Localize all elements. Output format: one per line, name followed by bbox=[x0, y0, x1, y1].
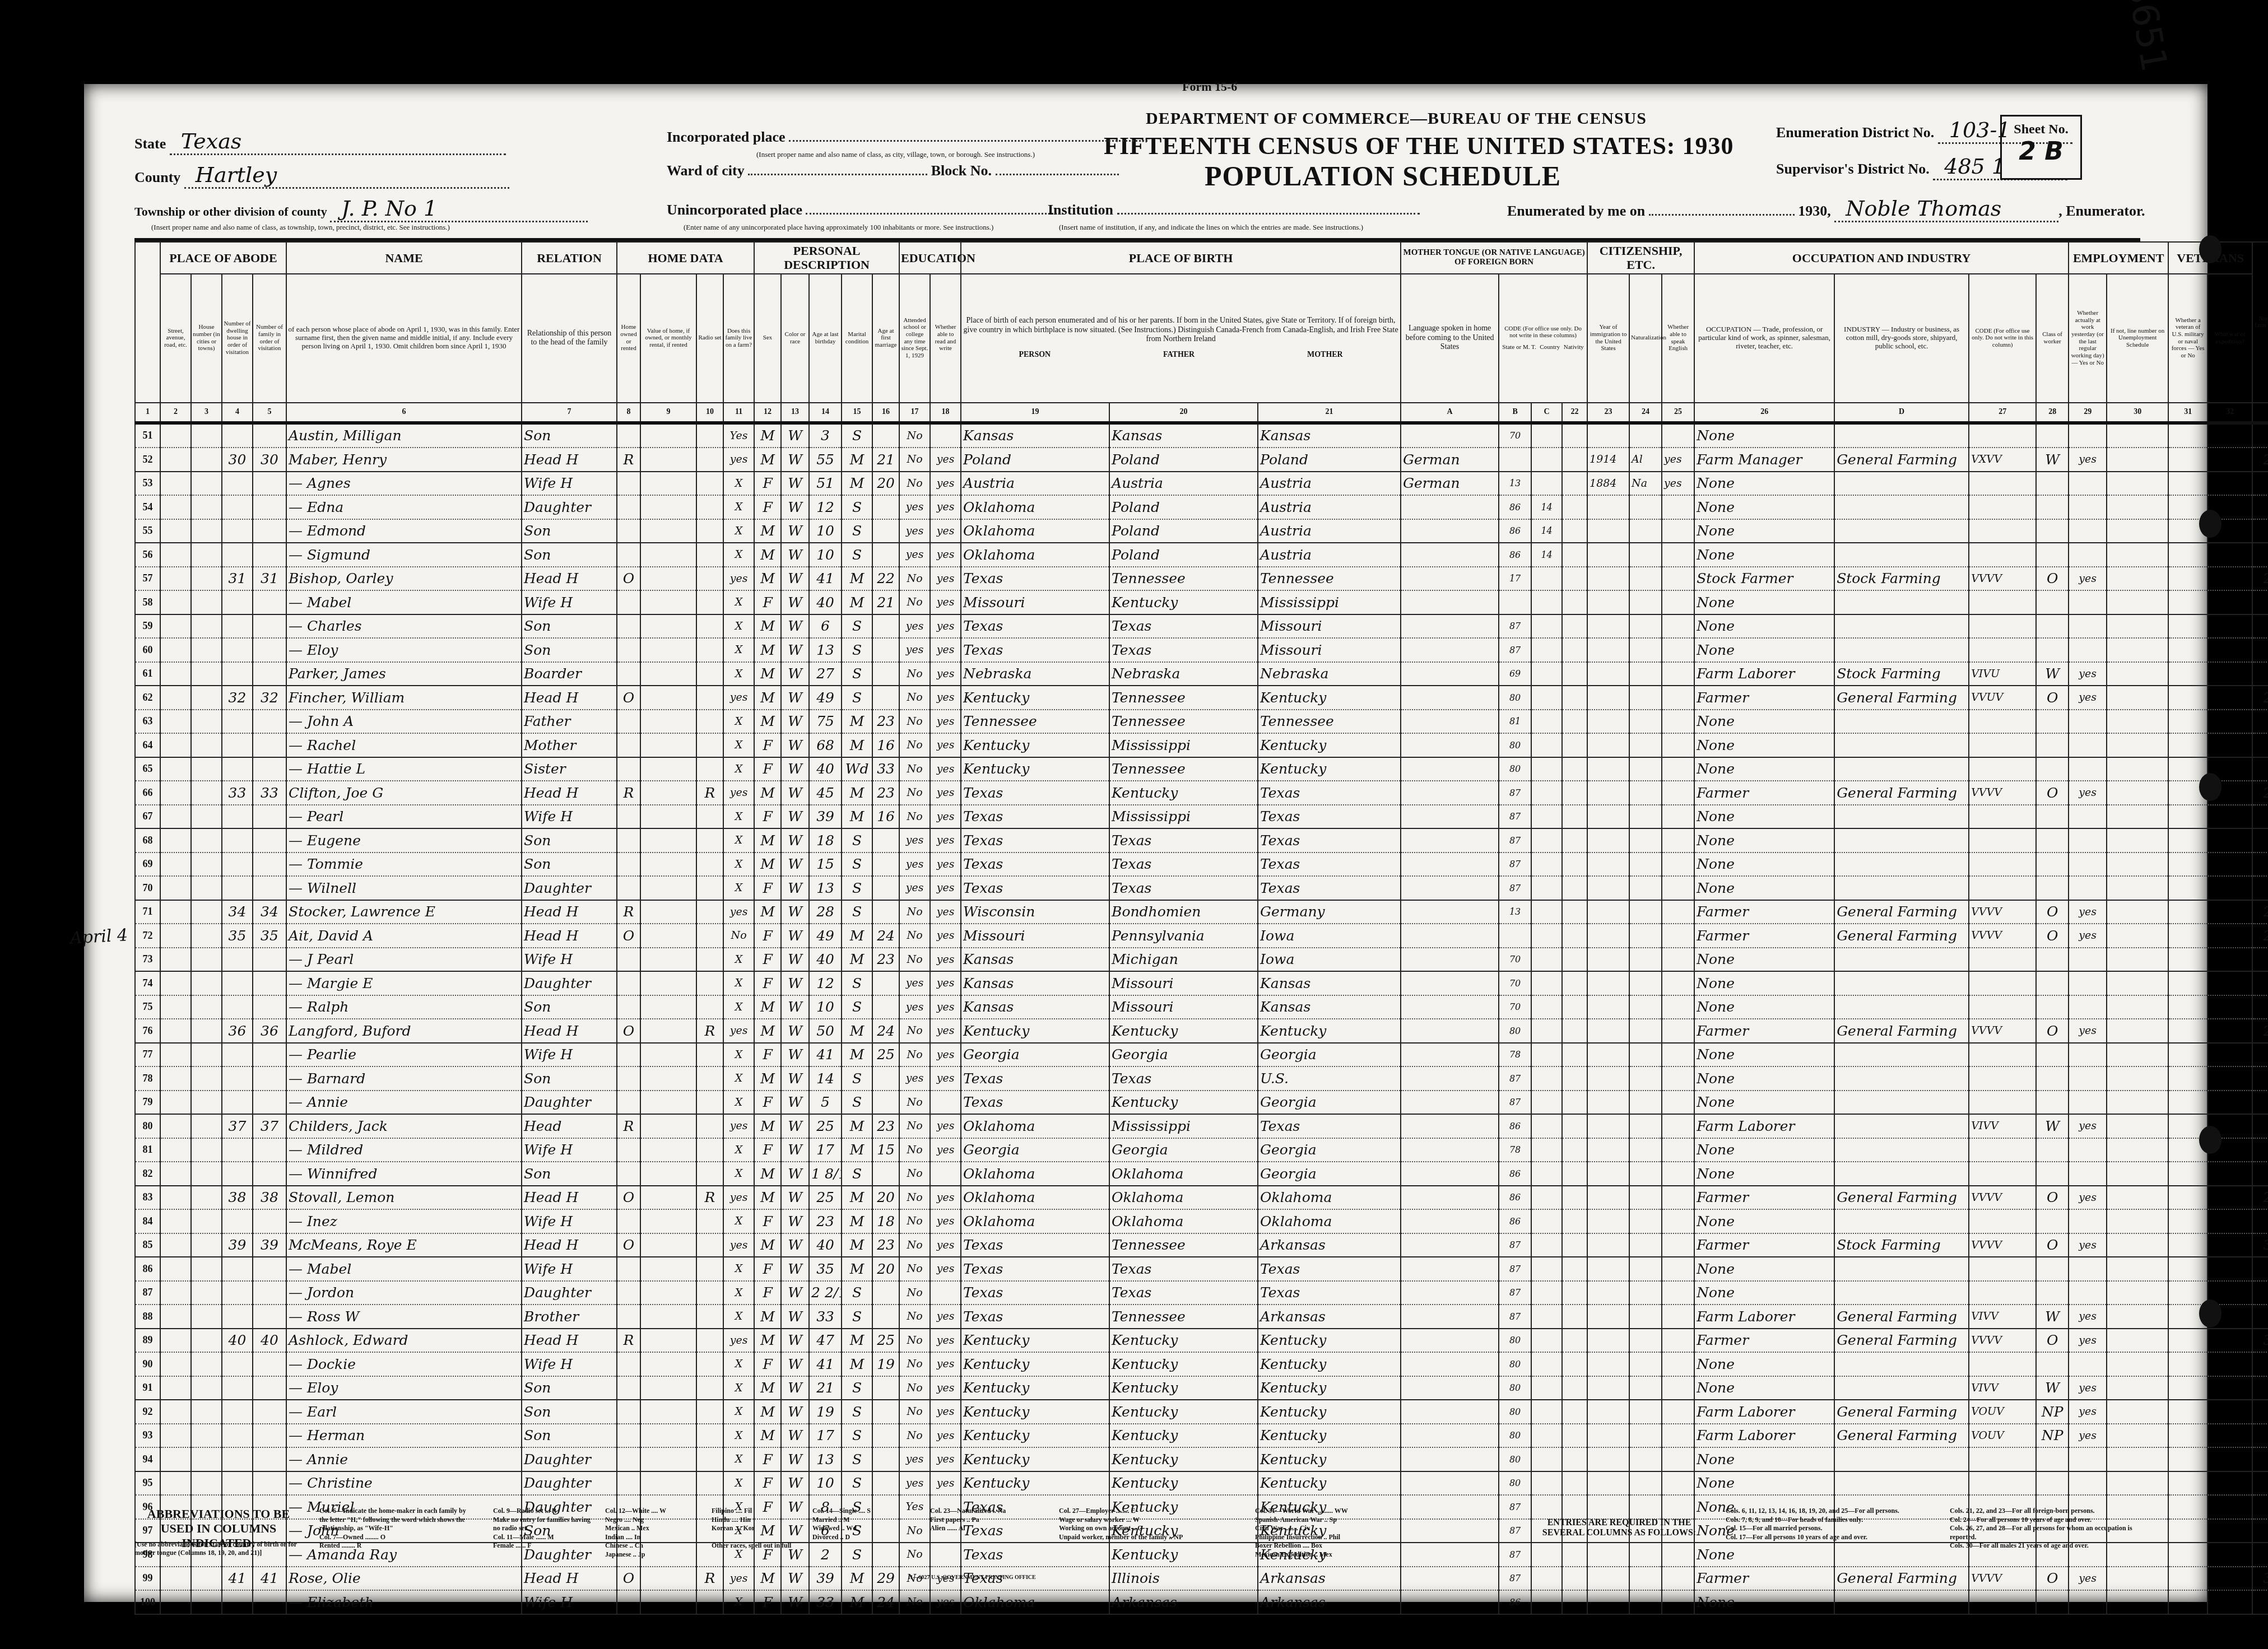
class-of-worker-cell bbox=[2036, 1091, 2069, 1115]
age-cell: 6 bbox=[809, 614, 842, 639]
code-state-cell: 87 bbox=[1499, 1257, 1531, 1281]
war-cell bbox=[2207, 1162, 2252, 1186]
house-cell bbox=[191, 1138, 222, 1162]
dwelling-number-cell bbox=[222, 1424, 253, 1448]
relationship-cell: Son bbox=[522, 614, 617, 639]
line-number: 88 bbox=[135, 1305, 160, 1329]
person-name-cell: Fincher, William bbox=[286, 686, 522, 710]
read-write-cell: yes bbox=[930, 948, 961, 972]
farm-residence-cell: yes bbox=[723, 686, 754, 710]
township-field: Township or other division of county J. … bbox=[134, 196, 588, 222]
mother-tongue-cell bbox=[1401, 1019, 1499, 1043]
home-value-cell bbox=[640, 900, 696, 924]
dwelling-number-cell bbox=[222, 1091, 253, 1115]
at-work-cell bbox=[2069, 1447, 2107, 1471]
industry-code-cell: VVVV bbox=[1969, 1186, 2036, 1210]
institution-note: (Insert name of institution, if any, and… bbox=[1059, 223, 1363, 232]
marital-status-cell: S bbox=[842, 1281, 872, 1305]
age-at-marriage-cell bbox=[872, 1281, 899, 1305]
radio-set-cell bbox=[696, 995, 723, 1019]
home-tenure-cell bbox=[617, 1043, 640, 1067]
birthplace-person-cell: Poland bbox=[961, 448, 1109, 472]
farm-schedule-cell bbox=[2252, 1424, 2268, 1448]
industry-cell bbox=[1834, 423, 1969, 448]
birthplace-father-cell: Kentucky bbox=[1109, 1424, 1258, 1448]
radio-set-cell bbox=[696, 638, 723, 662]
industry-cell: General Farming bbox=[1834, 924, 1969, 948]
birthplace-father-cell: Texas bbox=[1109, 638, 1258, 662]
industry-code-cell bbox=[1969, 1471, 2036, 1496]
person-name-cell: — Edna bbox=[286, 495, 522, 519]
column-number: 20 bbox=[1109, 403, 1258, 423]
code-country-cell bbox=[1531, 805, 1562, 829]
table-row: 663333Clifton, Joe GHead HRRyesMW45M23No… bbox=[135, 781, 2268, 805]
street-cell bbox=[160, 1352, 191, 1376]
school-attendance-cell: No bbox=[899, 1281, 930, 1305]
read-write-cell: yes bbox=[930, 662, 961, 686]
at-work-cell: yes bbox=[2069, 1233, 2107, 1257]
at-work-cell: yes bbox=[2069, 1567, 2107, 1591]
age-cell: 19 bbox=[809, 1400, 842, 1424]
class-of-worker-cell: O bbox=[2036, 924, 2069, 948]
relationship-cell: Son bbox=[522, 1376, 617, 1400]
industry-cell: Stock Farming bbox=[1834, 567, 1969, 591]
radio-set-cell bbox=[696, 1257, 723, 1281]
person-name-cell: — Inez bbox=[286, 1209, 522, 1233]
birthplace-father-cell: Georgia bbox=[1109, 1138, 1258, 1162]
person-name-cell: — Tommie bbox=[286, 853, 522, 877]
table-row: 90— DockieWife HXFW41M19NoyesKentuckyKen… bbox=[135, 1352, 2268, 1376]
race-cell: W bbox=[781, 1043, 809, 1067]
code-state-cell: 70 bbox=[1499, 971, 1531, 995]
birthplace-person-cell: Oklahoma bbox=[961, 1186, 1109, 1210]
read-write-cell: yes bbox=[930, 448, 961, 472]
code-nativity-cell bbox=[1562, 1376, 1587, 1400]
war-cell bbox=[2207, 543, 2252, 567]
race-cell: W bbox=[781, 567, 809, 591]
occupation-cell: Farm Laborer bbox=[1694, 662, 1834, 686]
class-of-worker-cell bbox=[2036, 971, 2069, 995]
mother-tongue-cell bbox=[1401, 1091, 1499, 1115]
house-cell bbox=[191, 590, 222, 614]
street-cell bbox=[160, 1233, 191, 1257]
race-cell: W bbox=[781, 472, 809, 496]
street-cell bbox=[160, 900, 191, 924]
radio-set-cell bbox=[696, 1066, 723, 1091]
age-at-marriage-cell: 25 bbox=[872, 1043, 899, 1067]
at-work-cell: yes bbox=[2069, 662, 2107, 686]
house-cell bbox=[191, 853, 222, 877]
code-nativity-cell bbox=[1562, 924, 1587, 948]
line-number: 81 bbox=[135, 1138, 160, 1162]
read-write-cell bbox=[930, 1162, 961, 1186]
code-nativity-cell bbox=[1562, 567, 1587, 591]
farm-residence-cell: X bbox=[723, 1066, 754, 1091]
age-cell: 75 bbox=[809, 710, 842, 734]
street-cell bbox=[160, 1400, 191, 1424]
marital-status-cell: S bbox=[842, 853, 872, 877]
dwelling-number-cell bbox=[222, 828, 253, 853]
home-value-cell bbox=[640, 781, 696, 805]
dwelling-number-cell bbox=[222, 638, 253, 662]
street-cell bbox=[160, 1138, 191, 1162]
house-cell bbox=[191, 971, 222, 995]
industry-code-cell: VVVV bbox=[1969, 1329, 2036, 1353]
class-of-worker-cell: O bbox=[2036, 1329, 2069, 1353]
occupation-cell: None bbox=[1694, 472, 1834, 496]
column-number: 22 bbox=[1562, 403, 1587, 423]
naturalization-cell bbox=[1629, 567, 1662, 591]
code-country-cell: 14 bbox=[1531, 519, 1562, 543]
immigration-year-cell bbox=[1587, 614, 1629, 639]
code-nativity-cell bbox=[1562, 995, 1587, 1019]
birthplace-father-cell: Pennsylvania bbox=[1109, 924, 1258, 948]
age-cell: 40 bbox=[809, 757, 842, 781]
class-of-worker-cell bbox=[2036, 1138, 2069, 1162]
home-tenure-cell bbox=[617, 710, 640, 734]
table-row: 81— MildredWife HXFW17M15NoyesGeorgiaGeo… bbox=[135, 1138, 2268, 1162]
radio-set-cell bbox=[696, 448, 723, 472]
age-cell: 47 bbox=[809, 1329, 842, 1353]
person-name-cell: Ait, David A bbox=[286, 924, 522, 948]
naturalization-cell bbox=[1629, 995, 1662, 1019]
family-number-cell bbox=[253, 1209, 286, 1233]
person-name-cell: — Annie bbox=[286, 1091, 522, 1115]
naturalization-cell: Al bbox=[1629, 448, 1662, 472]
naturalization-cell bbox=[1629, 1209, 1662, 1233]
occupation-cell: Farmer bbox=[1694, 1329, 1834, 1353]
age-cell: 3 bbox=[809, 423, 842, 448]
veteran-cell bbox=[2168, 733, 2207, 757]
code-country-cell bbox=[1531, 1495, 1562, 1519]
read-write-cell: yes bbox=[930, 1043, 961, 1067]
code-country-cell bbox=[1531, 1233, 1562, 1257]
home-tenure-cell bbox=[617, 1424, 640, 1448]
race-cell: W bbox=[781, 1209, 809, 1233]
mother-tongue-cell bbox=[1401, 1447, 1499, 1471]
class-of-worker-cell bbox=[2036, 995, 2069, 1019]
class-of-worker-cell bbox=[2036, 948, 2069, 972]
code-country-cell bbox=[1531, 1066, 1562, 1091]
read-write-cell: yes bbox=[930, 1257, 961, 1281]
industry-code-cell: VVVV bbox=[1969, 567, 2036, 591]
age-cell: 13 bbox=[809, 876, 842, 900]
birthplace-mother-cell: Arkansas bbox=[1258, 1590, 1401, 1614]
race-cell: W bbox=[781, 1162, 809, 1186]
speaks-english-cell bbox=[1662, 805, 1694, 829]
immigration-year-cell bbox=[1587, 1567, 1629, 1591]
veteran-cell bbox=[2168, 1471, 2207, 1496]
code-country-cell bbox=[1531, 1281, 1562, 1305]
marital-status-cell: S bbox=[842, 423, 872, 448]
birthplace-person-cell: Nebraska bbox=[961, 662, 1109, 686]
industry-code-cell bbox=[1969, 948, 2036, 972]
age-at-marriage-cell: 23 bbox=[872, 1233, 899, 1257]
veteran-cell bbox=[2168, 1424, 2207, 1448]
age-cell: 27 bbox=[809, 662, 842, 686]
home-tenure-cell bbox=[617, 1209, 640, 1233]
naturalization-cell bbox=[1629, 1376, 1662, 1400]
person-name-cell: Stovall, Lemon bbox=[286, 1186, 522, 1210]
family-number-cell bbox=[253, 995, 286, 1019]
speaks-english-cell bbox=[1662, 995, 1694, 1019]
naturalization-cell bbox=[1629, 805, 1662, 829]
code-nativity-cell bbox=[1562, 1590, 1587, 1614]
birthplace-person-cell: Texas bbox=[961, 828, 1109, 853]
at-work-cell bbox=[2069, 948, 2107, 972]
code-country-cell bbox=[1531, 995, 1562, 1019]
farm-schedule-cell bbox=[2252, 995, 2268, 1019]
farm-residence-cell: X bbox=[723, 828, 754, 853]
radio-set-cell bbox=[696, 1209, 723, 1233]
relationship-cell: Wife H bbox=[522, 1590, 617, 1614]
unemployment-line-cell bbox=[2107, 423, 2168, 448]
at-work-cell bbox=[2069, 757, 2107, 781]
veteran-cell bbox=[2168, 924, 2207, 948]
birthplace-person-cell: Kansas bbox=[961, 423, 1109, 448]
table-row: 59— CharlesSonXMW6SyesyesTexasTexasMisso… bbox=[135, 614, 2268, 639]
farm-schedule-cell bbox=[2252, 971, 2268, 995]
sex-cell: M bbox=[754, 828, 781, 853]
read-write-cell: yes bbox=[930, 590, 961, 614]
code-state-cell: 87 bbox=[1499, 805, 1531, 829]
naturalization-cell bbox=[1629, 614, 1662, 639]
unemployment-line-cell bbox=[2107, 495, 2168, 519]
birthplace-mother-cell: Austria bbox=[1258, 495, 1401, 519]
birthplace-mother-cell: Georgia bbox=[1258, 1043, 1401, 1067]
code-country-cell bbox=[1531, 1590, 1562, 1614]
immigration-year-cell bbox=[1587, 853, 1629, 877]
industry-cell bbox=[1834, 1590, 1969, 1614]
code-state-cell: 80 bbox=[1499, 1424, 1531, 1448]
home-tenure-cell bbox=[617, 1091, 640, 1115]
house-cell bbox=[191, 1329, 222, 1353]
speaks-english-cell bbox=[1662, 1091, 1694, 1115]
farm-residence-cell: yes bbox=[723, 1186, 754, 1210]
dwelling-number-cell bbox=[222, 1257, 253, 1281]
school-attendance-cell: No bbox=[899, 924, 930, 948]
birthplace-father-cell: Kentucky bbox=[1109, 781, 1258, 805]
family-number-cell bbox=[253, 876, 286, 900]
birthplace-father-cell: Mississippi bbox=[1109, 1114, 1258, 1138]
speaks-english-cell bbox=[1662, 733, 1694, 757]
family-number-cell bbox=[253, 1281, 286, 1305]
age-at-marriage-cell: 24 bbox=[872, 924, 899, 948]
immigration-year-cell bbox=[1587, 662, 1629, 686]
war-cell bbox=[2207, 995, 2252, 1019]
code-nativity-cell bbox=[1562, 495, 1587, 519]
column-number: 31 bbox=[2168, 403, 2207, 423]
mother-tongue-cell bbox=[1401, 1186, 1499, 1210]
age-at-marriage-cell bbox=[872, 495, 899, 519]
line-number: 78 bbox=[135, 1066, 160, 1091]
home-value-cell bbox=[640, 1471, 696, 1496]
farm-schedule-cell bbox=[2252, 805, 2268, 829]
veteran-cell bbox=[2168, 1376, 2207, 1400]
race-cell: W bbox=[781, 710, 809, 734]
sex-cell: M bbox=[754, 567, 781, 591]
sex-cell: M bbox=[754, 662, 781, 686]
industry-code-cell: VOUV bbox=[1969, 1400, 2036, 1424]
birthplace-mother-cell: Kentucky bbox=[1258, 733, 1401, 757]
naturalization-cell bbox=[1629, 1091, 1662, 1115]
code-nativity-cell bbox=[1562, 710, 1587, 734]
family-number-cell bbox=[253, 472, 286, 496]
code-nativity-cell bbox=[1562, 1257, 1587, 1281]
line-number: 51 bbox=[135, 423, 160, 448]
occupation-cell: None bbox=[1694, 876, 1834, 900]
person-name-cell: Bishop, Oarley bbox=[286, 567, 522, 591]
home-tenure-cell: R bbox=[617, 1329, 640, 1353]
street-cell bbox=[160, 686, 191, 710]
mother-tongue-cell bbox=[1401, 1305, 1499, 1329]
radio-set-cell bbox=[696, 567, 723, 591]
code-nativity-cell bbox=[1562, 805, 1587, 829]
unemployment-line-cell bbox=[2107, 1376, 2168, 1400]
occupation-cell: None bbox=[1694, 1066, 1834, 1091]
relationship-cell: Wife H bbox=[522, 805, 617, 829]
column-number: 32 bbox=[2207, 403, 2252, 423]
speaks-english-cell bbox=[1662, 519, 1694, 543]
birthplace-mother-cell: Texas bbox=[1258, 1257, 1401, 1281]
occupation-cell: None bbox=[1694, 614, 1834, 639]
table-row: 61Parker, JamesBoarderXMW27SNoyesNebrask… bbox=[135, 662, 2268, 686]
age-cell: 45 bbox=[809, 781, 842, 805]
family-number-cell: 37 bbox=[253, 1114, 286, 1138]
person-name-cell: Parker, James bbox=[286, 662, 522, 686]
speaks-english-cell bbox=[1662, 686, 1694, 710]
radio-set-cell bbox=[696, 1376, 723, 1400]
age-at-marriage-cell bbox=[872, 423, 899, 448]
occupation-cell: None bbox=[1694, 423, 1834, 448]
war-cell bbox=[2207, 472, 2252, 496]
race-cell: W bbox=[781, 900, 809, 924]
farm-residence-cell: X bbox=[723, 733, 754, 757]
house-cell bbox=[191, 757, 222, 781]
industry-code-cell bbox=[1969, 995, 2036, 1019]
home-tenure-cell bbox=[617, 1257, 640, 1281]
veteran-cell bbox=[2168, 1019, 2207, 1043]
code-state-cell: 80 bbox=[1499, 1352, 1531, 1376]
marital-status-cell: S bbox=[842, 900, 872, 924]
home-tenure-cell bbox=[617, 1352, 640, 1376]
unemployment-line-cell bbox=[2107, 971, 2168, 995]
radio-set-cell bbox=[696, 1590, 723, 1614]
read-write-cell: yes bbox=[930, 900, 961, 924]
code-nativity-cell bbox=[1562, 638, 1587, 662]
dwelling-number-cell: 38 bbox=[222, 1186, 253, 1210]
house-cell bbox=[191, 995, 222, 1019]
school-attendance-cell: No bbox=[899, 733, 930, 757]
age-cell: 41 bbox=[809, 1352, 842, 1376]
immigration-year-cell bbox=[1587, 1543, 1629, 1567]
class-of-worker-cell bbox=[2036, 876, 2069, 900]
dwelling-number-cell bbox=[222, 1043, 253, 1067]
code-nativity-cell bbox=[1562, 853, 1587, 877]
birthplace-person-cell: Texas bbox=[961, 638, 1109, 662]
read-write-cell: yes bbox=[930, 757, 961, 781]
relationship-cell: Son bbox=[522, 423, 617, 448]
immigration-year-cell bbox=[1587, 543, 1629, 567]
home-tenure-cell bbox=[617, 1471, 640, 1496]
home-value-cell bbox=[640, 995, 696, 1019]
birthplace-mother-cell: Kentucky bbox=[1258, 1352, 1401, 1376]
person-name-cell: — Mildred bbox=[286, 1138, 522, 1162]
unemployment-line-cell bbox=[2107, 1257, 2168, 1281]
class-of-worker-cell bbox=[2036, 1257, 2069, 1281]
farm-schedule-cell bbox=[2252, 1257, 2268, 1281]
naturalization-cell bbox=[1629, 1233, 1662, 1257]
immigration-year-cell bbox=[1587, 1114, 1629, 1138]
speaks-english-cell bbox=[1662, 1186, 1694, 1210]
war-cell bbox=[2207, 805, 2252, 829]
dwelling-number-cell bbox=[222, 1281, 253, 1305]
code-country-cell bbox=[1531, 590, 1562, 614]
war-cell bbox=[2207, 1233, 2252, 1257]
dwelling-number-cell: 40 bbox=[222, 1329, 253, 1353]
code-country-cell bbox=[1531, 1019, 1562, 1043]
farm-schedule-cell: 23 bbox=[2252, 567, 2268, 591]
home-tenure-cell: R bbox=[617, 900, 640, 924]
read-write-cell: yes bbox=[930, 710, 961, 734]
relationship-cell: Daughter bbox=[522, 876, 617, 900]
birthplace-mother-cell: Oklahoma bbox=[1258, 1209, 1401, 1233]
industry-code-cell bbox=[1969, 805, 2036, 829]
occupation-cell: Farmer bbox=[1694, 924, 1834, 948]
sex-cell: F bbox=[754, 1352, 781, 1376]
class-of-worker-cell: O bbox=[2036, 686, 2069, 710]
marital-status-cell: S bbox=[842, 876, 872, 900]
code-state-cell: 86 bbox=[1499, 1590, 1531, 1614]
column-number: 10 bbox=[696, 403, 723, 423]
age-cell: 10 bbox=[809, 995, 842, 1019]
table-row: 994141Rose, OlieHead HORyesMW39M29NoyesT… bbox=[135, 1567, 2268, 1591]
dwelling-number-cell bbox=[222, 1305, 253, 1329]
person-name-cell: — Dockie bbox=[286, 1352, 522, 1376]
race-cell: W bbox=[781, 924, 809, 948]
code-state-cell: 87 bbox=[1499, 1543, 1531, 1567]
class-of-worker-cell bbox=[2036, 853, 2069, 877]
sex-cell: M bbox=[754, 710, 781, 734]
at-work-cell: yes bbox=[2069, 924, 2107, 948]
sex-cell: M bbox=[754, 1329, 781, 1353]
home-tenure-cell bbox=[617, 757, 640, 781]
department-heading: DEPARTMENT OF COMMERCE—BUREAU OF THE CEN… bbox=[1146, 109, 1647, 128]
table-row: 79— AnnieDaughterXFW5SNoTexasKentuckyGeo… bbox=[135, 1091, 2268, 1115]
industry-code-cell bbox=[1969, 472, 2036, 496]
naturalization-cell bbox=[1629, 971, 1662, 995]
war-cell bbox=[2207, 567, 2252, 591]
war-cell bbox=[2207, 590, 2252, 614]
person-name-cell: — Christine bbox=[286, 1471, 522, 1496]
mother-tongue-cell bbox=[1401, 1329, 1499, 1353]
radio-set-cell bbox=[696, 948, 723, 972]
home-value-cell bbox=[640, 638, 696, 662]
birthplace-person-cell: Wisconsin bbox=[961, 900, 1109, 924]
line-number: 75 bbox=[135, 995, 160, 1019]
line-number: 65 bbox=[135, 757, 160, 781]
radio-set-cell bbox=[696, 543, 723, 567]
farm-residence-cell: X bbox=[723, 638, 754, 662]
home-tenure-cell bbox=[617, 543, 640, 567]
table-row: 88— Ross WBrotherXMW33SNoyesTexasTenness… bbox=[135, 1305, 2268, 1329]
age-cell: 33 bbox=[809, 1590, 842, 1614]
relationship-cell: Head H bbox=[522, 1567, 617, 1591]
school-attendance-cell: No bbox=[899, 781, 930, 805]
industry-code-cell bbox=[1969, 1043, 2036, 1067]
column-number: D bbox=[1834, 403, 1969, 423]
relationship-cell: Head H bbox=[522, 1186, 617, 1210]
